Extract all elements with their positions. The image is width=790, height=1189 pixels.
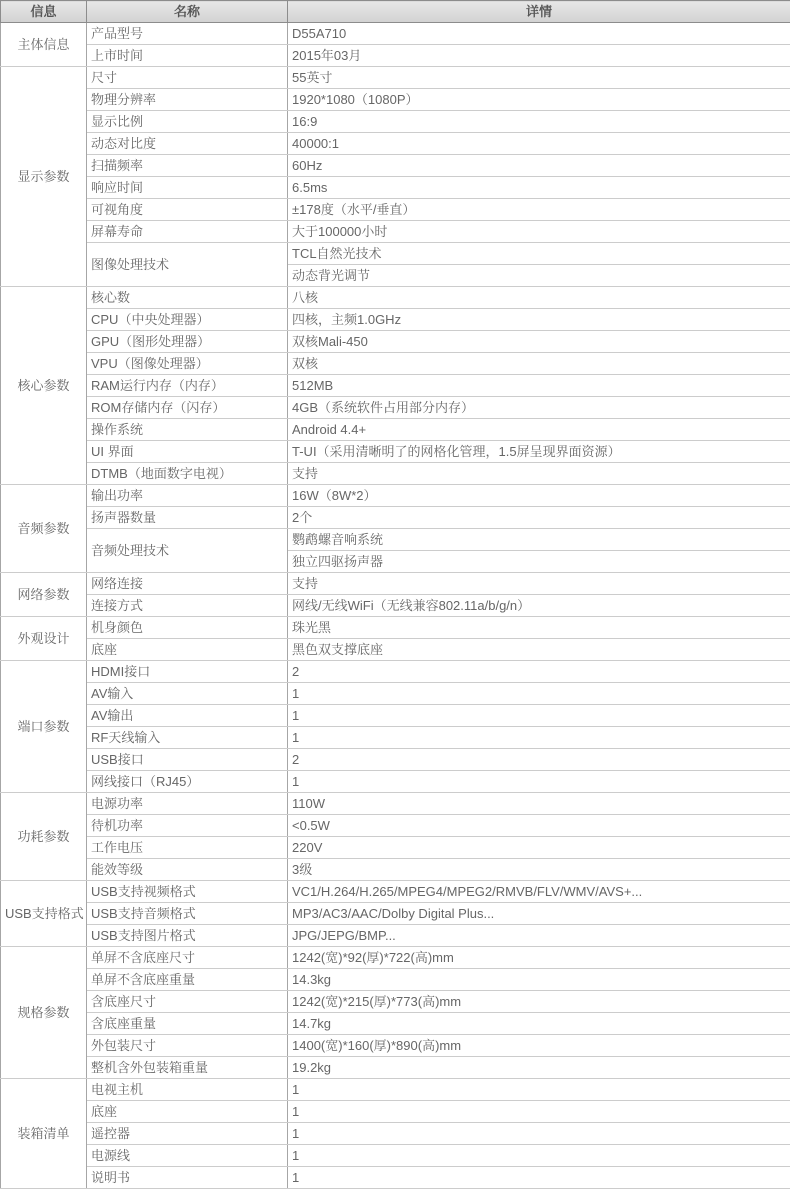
- spec-name: 尺寸: [87, 67, 288, 89]
- table-row: 整机含外包装箱重量 19.2kg: [1, 1057, 790, 1079]
- table-row: 扬声器数量 2个: [1, 507, 790, 529]
- section-label: 音频参数: [1, 485, 87, 573]
- table-row: 网络参数 网络连接 支持: [1, 573, 790, 595]
- table-row: RAM运行内存（内存） 512MB: [1, 375, 790, 397]
- spec-value: TCL自然光技术: [288, 243, 790, 265]
- spec-name: GPU（图形处理器）: [87, 331, 288, 353]
- spec-value: Android 4.4+: [288, 419, 790, 441]
- table-row: USB接口 2: [1, 749, 790, 771]
- spec-name: 单屏不含底座尺寸: [87, 947, 288, 969]
- spec-name: AV输入: [87, 683, 288, 705]
- spec-value: 2015年03月: [288, 45, 790, 67]
- spec-name: 网络连接: [87, 573, 288, 595]
- spec-value: 大于100000小时: [288, 221, 790, 243]
- table-row: USB支持图片格式 JPG/JEPG/BMP...: [1, 925, 790, 947]
- table-row: 功耗参数 电源功率 110W: [1, 793, 790, 815]
- section-label: 显示参数: [1, 67, 87, 287]
- spec-name: USB支持视频格式: [87, 881, 288, 903]
- table-header-row: 信息 名称 详情: [1, 1, 790, 23]
- spec-name: 含底座重量: [87, 1013, 288, 1035]
- table-row: 动态对比度 40000:1: [1, 133, 790, 155]
- table-row: 图像处理技术 TCL自然光技术: [1, 243, 790, 265]
- spec-value: ±178度（水平/垂直）: [288, 199, 790, 221]
- spec-value: 网线/无线WiFi（无线兼容802.11a/b/g/n）: [288, 595, 790, 617]
- spec-name: USB支持图片格式: [87, 925, 288, 947]
- spec-table: 信息 名称 详情 主体信息 产品型号 D55A710 上市时间 2015年03月…: [0, 0, 790, 1189]
- spec-value: 60Hz: [288, 155, 790, 177]
- spec-value: 55英寸: [288, 67, 790, 89]
- spec-value: T-UI（采用清晰明了的网格化管理，1.5屏呈现界面资源）: [288, 441, 790, 463]
- spec-name: RAM运行内存（内存）: [87, 375, 288, 397]
- spec-name: 操作系统: [87, 419, 288, 441]
- table-row: 核心参数 核心数 八核: [1, 287, 790, 309]
- table-row: 显示比例 16:9: [1, 111, 790, 133]
- table-row: 遥控器 1: [1, 1123, 790, 1145]
- table-row: 单屏不含底座重量 14.3kg: [1, 969, 790, 991]
- table-row: 连接方式 网线/无线WiFi（无线兼容802.11a/b/g/n）: [1, 595, 790, 617]
- spec-value: 110W: [288, 793, 790, 815]
- table-row: VPU（图像处理器） 双核: [1, 353, 790, 375]
- spec-name: 含底座尺寸: [87, 991, 288, 1013]
- table-row: CPU（中央处理器） 四核，主频1.0GHz: [1, 309, 790, 331]
- table-row: AV输出 1: [1, 705, 790, 727]
- spec-value: 1: [288, 1123, 790, 1145]
- section-label: USB支持格式: [1, 881, 87, 947]
- table-row: AV输入 1: [1, 683, 790, 705]
- spec-value: D55A710: [288, 23, 790, 45]
- spec-value: JPG/JEPG/BMP...: [288, 925, 790, 947]
- table-row: 电源线 1: [1, 1145, 790, 1167]
- spec-value: 珠光黑: [288, 617, 790, 639]
- table-row: 外包装尺寸 1400(宽)*160(厚)*890(高)mm: [1, 1035, 790, 1057]
- spec-name: 响应时间: [87, 177, 288, 199]
- spec-name: 待机功率: [87, 815, 288, 837]
- section-label: 装箱清单: [1, 1079, 87, 1189]
- section-label: 外观设计: [1, 617, 87, 661]
- spec-value: 支持: [288, 463, 790, 485]
- spec-name: 产品型号: [87, 23, 288, 45]
- spec-name: RF天线输入: [87, 727, 288, 749]
- table-row: 音频参数 输出功率 16W（8W*2）: [1, 485, 790, 507]
- spec-value: 支持: [288, 573, 790, 595]
- table-row: 含底座重量 14.7kg: [1, 1013, 790, 1035]
- spec-name: 电视主机: [87, 1079, 288, 1101]
- spec-name: 核心数: [87, 287, 288, 309]
- spec-name: 网线接口（RJ45）: [87, 771, 288, 793]
- spec-value: 1: [288, 1079, 790, 1101]
- spec-value: 1400(宽)*160(厚)*890(高)mm: [288, 1035, 790, 1057]
- spec-name: 电源线: [87, 1145, 288, 1167]
- spec-value: 八核: [288, 287, 790, 309]
- spec-name: 整机含外包装箱重量: [87, 1057, 288, 1079]
- spec-name: USB接口: [87, 749, 288, 771]
- table-row: USB支持音频格式 MP3/AC3/AAC/Dolby Digital Plus…: [1, 903, 790, 925]
- table-row: 待机功率 <0.5W: [1, 815, 790, 837]
- spec-name: USB支持音频格式: [87, 903, 288, 925]
- table-row: 规格参数 单屏不含底座尺寸 1242(宽)*92(厚)*722(高)mm: [1, 947, 790, 969]
- spec-name: 可视角度: [87, 199, 288, 221]
- table-row: 扫描频率 60Hz: [1, 155, 790, 177]
- spec-name: 输出功率: [87, 485, 288, 507]
- spec-value: 512MB: [288, 375, 790, 397]
- section-label: 端口参数: [1, 661, 87, 793]
- table-row: 响应时间 6.5ms: [1, 177, 790, 199]
- spec-name: 扬声器数量: [87, 507, 288, 529]
- product-spec-page: 信息 名称 详情 主体信息 产品型号 D55A710 上市时间 2015年03月…: [0, 0, 790, 1189]
- spec-value: MP3/AC3/AAC/Dolby Digital Plus...: [288, 903, 790, 925]
- spec-name: 物理分辨率: [87, 89, 288, 111]
- spec-name: ROM存储内存（闪存）: [87, 397, 288, 419]
- spec-name: 电源功率: [87, 793, 288, 815]
- spec-value: 16:9: [288, 111, 790, 133]
- spec-name: 音频处理技术: [87, 529, 288, 573]
- table-row: 上市时间 2015年03月: [1, 45, 790, 67]
- spec-value: 6.5ms: [288, 177, 790, 199]
- spec-name: 连接方式: [87, 595, 288, 617]
- spec-value: 1242(宽)*215(厚)*773(高)mm: [288, 991, 790, 1013]
- table-row: 底座 黑色双支撑底座: [1, 639, 790, 661]
- table-row: 主体信息 产品型号 D55A710: [1, 23, 790, 45]
- spec-value: 1: [288, 1145, 790, 1167]
- column-header-detail: 详情: [288, 1, 790, 23]
- table-row: 说明书 1: [1, 1167, 790, 1189]
- spec-name: 能效等级: [87, 859, 288, 881]
- spec-name: 说明书: [87, 1167, 288, 1189]
- table-row: DTMB（地面数字电视） 支持: [1, 463, 790, 485]
- spec-name: AV输出: [87, 705, 288, 727]
- spec-value: 19.2kg: [288, 1057, 790, 1079]
- table-row: 屏幕寿命 大于100000小时: [1, 221, 790, 243]
- column-header-info: 信息: [1, 1, 87, 23]
- spec-value: 1: [288, 771, 790, 793]
- section-label: 网络参数: [1, 573, 87, 617]
- spec-value: 14.3kg: [288, 969, 790, 991]
- spec-name: 扫描频率: [87, 155, 288, 177]
- spec-name: 上市时间: [87, 45, 288, 67]
- spec-name: 单屏不含底座重量: [87, 969, 288, 991]
- table-row: 含底座尺寸 1242(宽)*215(厚)*773(高)mm: [1, 991, 790, 1013]
- spec-value: 4GB（系统软件占用部分内存）: [288, 397, 790, 419]
- spec-name: UI 界面: [87, 441, 288, 463]
- spec-value: 独立四驱扬声器: [288, 551, 790, 573]
- section-label: 主体信息: [1, 23, 87, 67]
- table-row: ROM存储内存（闪存） 4GB（系统软件占用部分内存）: [1, 397, 790, 419]
- spec-name: VPU（图像处理器）: [87, 353, 288, 375]
- spec-value: 14.7kg: [288, 1013, 790, 1035]
- spec-value: 鹦鹉螺音响系统: [288, 529, 790, 551]
- table-row: USB支持格式 USB支持视频格式 VC1/H.264/H.265/MPEG4/…: [1, 881, 790, 903]
- spec-value: 1: [288, 705, 790, 727]
- spec-value: 双核: [288, 353, 790, 375]
- spec-name: 底座: [87, 639, 288, 661]
- table-row: GPU（图形处理器） 双核Mali-450: [1, 331, 790, 353]
- spec-name: 屏幕寿命: [87, 221, 288, 243]
- spec-value: 1: [288, 727, 790, 749]
- spec-value: 16W（8W*2）: [288, 485, 790, 507]
- spec-name: HDMI接口: [87, 661, 288, 683]
- spec-value: 2: [288, 661, 790, 683]
- spec-value: 双核Mali-450: [288, 331, 790, 353]
- table-row: 网线接口（RJ45） 1: [1, 771, 790, 793]
- spec-value: 四核，主频1.0GHz: [288, 309, 790, 331]
- spec-value: 动态背光调节: [288, 265, 790, 287]
- spec-name: 底座: [87, 1101, 288, 1123]
- spec-value: 1: [288, 1167, 790, 1189]
- table-row: 工作电压 220V: [1, 837, 790, 859]
- table-row: UI 界面 T-UI（采用清晰明了的网格化管理，1.5屏呈现界面资源）: [1, 441, 790, 463]
- section-label: 规格参数: [1, 947, 87, 1079]
- spec-value: 220V: [288, 837, 790, 859]
- spec-name: 动态对比度: [87, 133, 288, 155]
- spec-name: 显示比例: [87, 111, 288, 133]
- section-label: 核心参数: [1, 287, 87, 485]
- table-row: 操作系统 Android 4.4+: [1, 419, 790, 441]
- table-row: RF天线输入 1: [1, 727, 790, 749]
- spec-value: 2个: [288, 507, 790, 529]
- spec-name: 工作电压: [87, 837, 288, 859]
- table-row: 物理分辨率 1920*1080（1080P）: [1, 89, 790, 111]
- table-row: 外观设计 机身颜色 珠光黑: [1, 617, 790, 639]
- spec-value: 3级: [288, 859, 790, 881]
- spec-value: 40000:1: [288, 133, 790, 155]
- section-label: 功耗参数: [1, 793, 87, 881]
- spec-name: DTMB（地面数字电视）: [87, 463, 288, 485]
- spec-value: <0.5W: [288, 815, 790, 837]
- spec-value: 1: [288, 1101, 790, 1123]
- table-row: 能效等级 3级: [1, 859, 790, 881]
- spec-value: 2: [288, 749, 790, 771]
- column-header-name: 名称: [87, 1, 288, 23]
- spec-value: 黑色双支撑底座: [288, 639, 790, 661]
- table-row: 可视角度 ±178度（水平/垂直）: [1, 199, 790, 221]
- spec-name: CPU（中央处理器）: [87, 309, 288, 331]
- table-row: 音频处理技术 鹦鹉螺音响系统: [1, 529, 790, 551]
- spec-value: 1920*1080（1080P）: [288, 89, 790, 111]
- table-row: 端口参数 HDMI接口 2: [1, 661, 790, 683]
- table-row: 底座 1: [1, 1101, 790, 1123]
- spec-name: 机身颜色: [87, 617, 288, 639]
- spec-value: VC1/H.264/H.265/MPEG4/MPEG2/RMVB/FLV/WMV…: [288, 881, 790, 903]
- spec-name: 图像处理技术: [87, 243, 288, 287]
- table-row: 装箱清单 电视主机 1: [1, 1079, 790, 1101]
- spec-name: 外包装尺寸: [87, 1035, 288, 1057]
- table-row: 显示参数 尺寸 55英寸: [1, 67, 790, 89]
- spec-name: 遥控器: [87, 1123, 288, 1145]
- spec-value: 1: [288, 683, 790, 705]
- spec-value: 1242(宽)*92(厚)*722(高)mm: [288, 947, 790, 969]
